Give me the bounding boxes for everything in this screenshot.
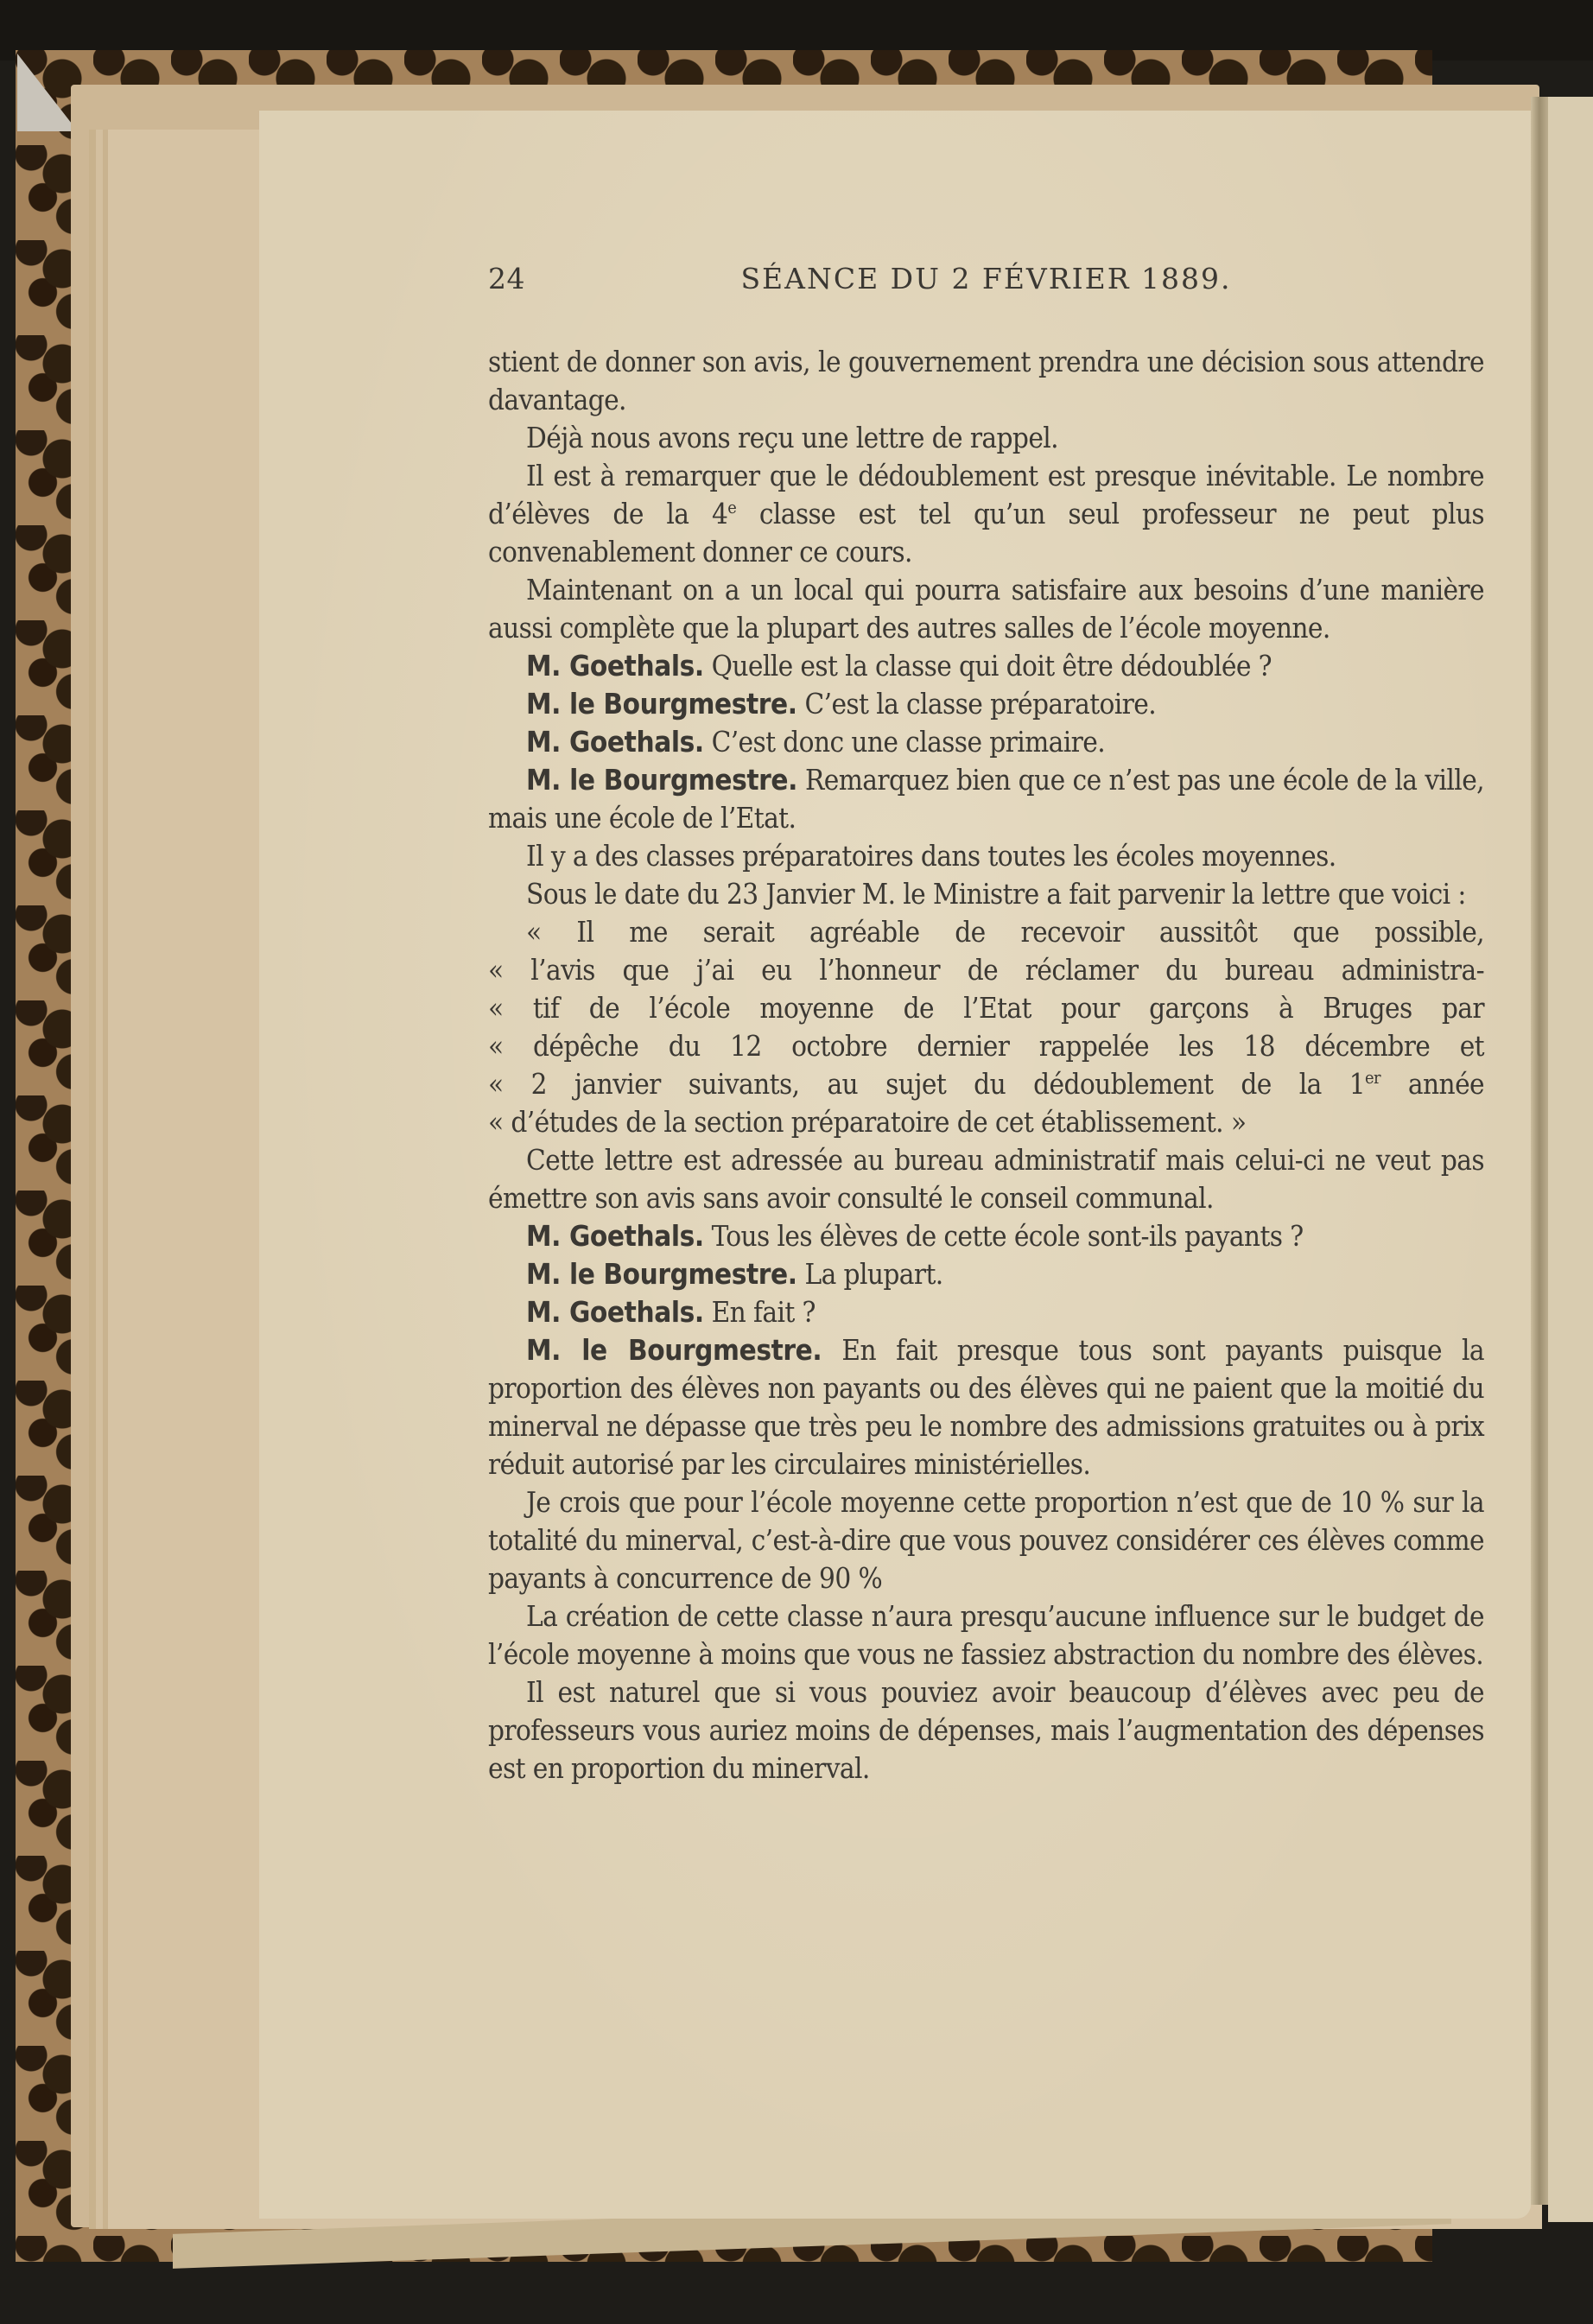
dialogue-line: M. le Bourgmestre. En fait presque tous … xyxy=(488,1331,1484,1483)
quoted-letter: « Il me serait agréable de recevoir auss… xyxy=(488,913,1484,1141)
book-page: 24 SÉANCE DU 2 FÉVRIER 1889. stient de d… xyxy=(259,111,1531,2219)
speaker-name: M. le Bourgmestre. xyxy=(526,1257,797,1291)
paragraph-text: Il est à remarquer que le dédoublement e… xyxy=(488,459,1484,568)
dialogue-line: M. Goethals. Quelle est la classe qui do… xyxy=(488,647,1484,685)
quote-line: « Il me serait agréable de recevoir auss… xyxy=(488,913,1484,951)
quote-line: « d’études de la section préparatoire de… xyxy=(488,1103,1484,1141)
speaker-name: M. le Bourgmestre. xyxy=(526,687,797,721)
paragraph: stient de donner son avis, le gouverneme… xyxy=(488,343,1484,419)
quote-line: « tif de l’école moyenne de l’Etat pour … xyxy=(488,989,1484,1027)
speaker-name: M. le Bourgmestre. xyxy=(526,1333,822,1367)
paragraph: Il est à remarquer que le dédoublement e… xyxy=(488,457,1484,571)
book-gutter xyxy=(1531,97,1548,2205)
running-title: SÉANCE DU 2 FÉVRIER 1889. xyxy=(488,262,1484,295)
paragraph: Il est naturel que si vous pouviez avoir… xyxy=(488,1673,1484,1787)
speaker-name: M. le Bourgmestre. xyxy=(526,763,797,797)
running-header: 24 SÉANCE DU 2 FÉVRIER 1889. xyxy=(488,262,1484,305)
dialogue-line: M. le Bourgmestre. Remarquez bien que ce… xyxy=(488,761,1484,837)
quote-line: « dépêche du 12 octobre dernier rappelée… xyxy=(488,1027,1484,1065)
facing-page-edge xyxy=(1548,97,1593,2222)
body-text: stient de donner son avis, le gouverneme… xyxy=(488,343,1484,1787)
dialogue-line: M. Goethals. Tous les élèves de cette éc… xyxy=(488,1217,1484,1255)
paragraph: Maintenant on a un local qui pourra sati… xyxy=(488,571,1484,647)
speaker-name: M. Goethals. xyxy=(526,1295,704,1329)
speaker-name: M. Goethals. xyxy=(526,725,704,759)
dialogue-line: M. Goethals. En fait ? xyxy=(488,1293,1484,1331)
page-content: 24 SÉANCE DU 2 FÉVRIER 1889. stient de d… xyxy=(488,262,1484,1787)
quote-line: « 2 janvier suivants, au sujet du dédoub… xyxy=(488,1065,1484,1103)
dialogue-line: M. Goethals. C’est donc une classe prima… xyxy=(488,723,1484,761)
speaker-name: M. Goethals. xyxy=(526,649,704,683)
paragraph: Je crois que pour l’école moyenne cette … xyxy=(488,1483,1484,1597)
dialogue-line: M. le Bourgmestre. C’est la classe prépa… xyxy=(488,685,1484,723)
paragraph: Il y a des classes préparatoires dans to… xyxy=(488,837,1484,875)
paragraph: Déjà nous avons reçu une lettre de rappe… xyxy=(488,419,1484,457)
speaker-name: M. Goethals. xyxy=(526,1219,704,1253)
paragraph: Cette lettre est adressée au bureau admi… xyxy=(488,1141,1484,1217)
dialogue-line: M. le Bourgmestre. La plupart. xyxy=(488,1255,1484,1293)
quote-line: « l’avis que j’ai eu l’honneur de réclam… xyxy=(488,951,1484,989)
paragraph: Sous le date du 23 Janvier M. le Ministr… xyxy=(488,875,1484,913)
paragraph: La création de cette classe n’aura presq… xyxy=(488,1597,1484,1673)
